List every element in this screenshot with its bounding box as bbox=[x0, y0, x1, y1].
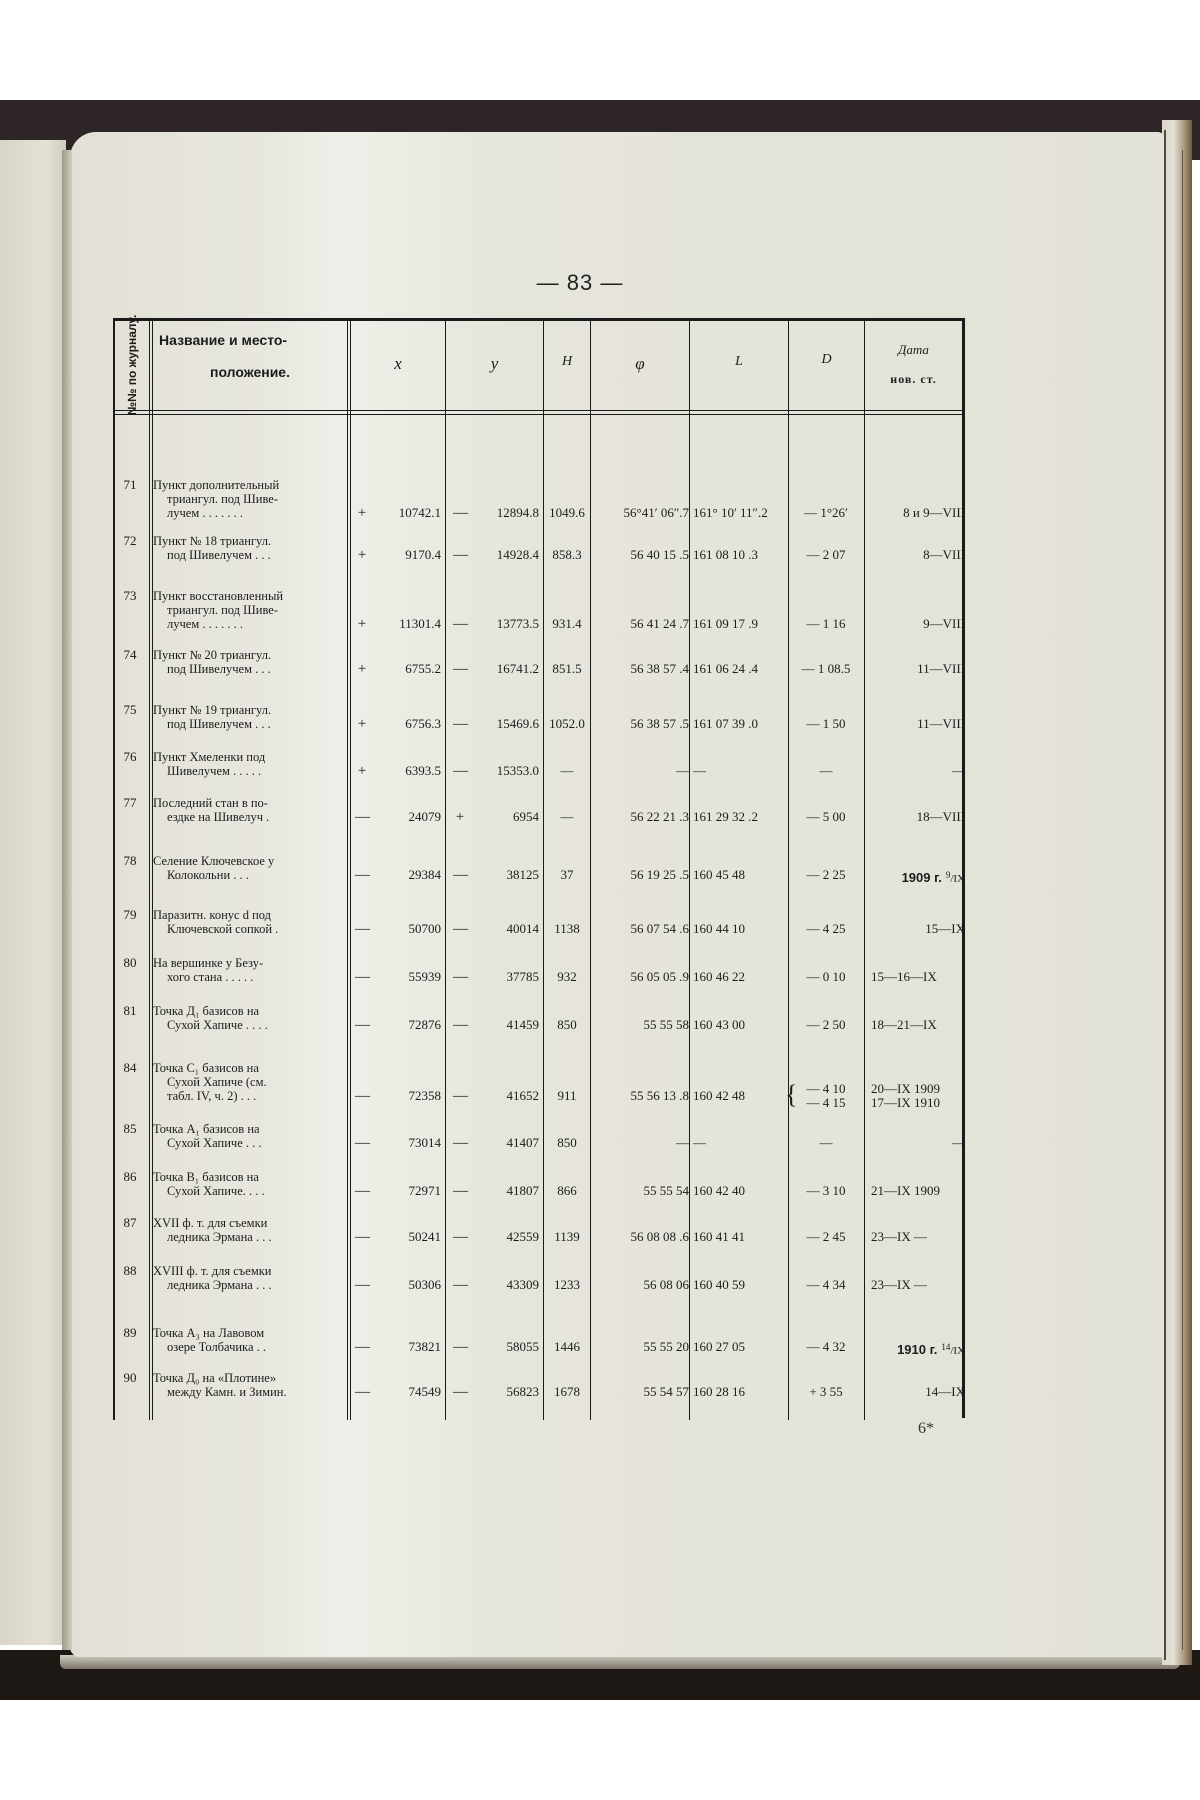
row-number: 80 bbox=[113, 956, 147, 970]
header-date-line2: нов. ст. bbox=[865, 372, 962, 387]
station-name-line: табл. IV, ч. 2) . . . bbox=[153, 1089, 348, 1103]
row-number: 89 bbox=[113, 1326, 147, 1340]
station-name-line: триангул. под Шиве- bbox=[153, 492, 348, 506]
station-name: XVIII ф. т. для съемкиледника Эрмана . .… bbox=[153, 1264, 348, 1292]
date-value: 23—IX — bbox=[867, 1278, 969, 1292]
col-rule bbox=[590, 318, 591, 1420]
y-value: 41407 bbox=[465, 1136, 539, 1150]
longitude-value: 161 29 32 .2 bbox=[691, 810, 789, 824]
longitude-value: 160 41 41 bbox=[691, 1230, 789, 1244]
station-name-line: ледника Эрмана . . . bbox=[153, 1278, 348, 1292]
station-name-line: хого стана . . . . . bbox=[153, 970, 348, 984]
day-superscript: 14 bbox=[941, 1342, 950, 1352]
height-value: 1678 bbox=[544, 1385, 590, 1399]
station-name: Пункт восстановленныйтриангул. под Шиве-… bbox=[153, 589, 348, 631]
declination-value: — 4 32 bbox=[789, 1340, 863, 1354]
x-sign: — bbox=[355, 868, 369, 882]
station-name-line: Точка А₃ на Лавовом bbox=[153, 1326, 348, 1340]
y-value: 38125 bbox=[465, 868, 539, 882]
station-name: Точка Д₀ на «Плотине»между Камн. и Зимин… bbox=[153, 1371, 348, 1399]
table-top-rule bbox=[113, 318, 965, 321]
header-D: D bbox=[789, 352, 864, 368]
station-name-line: XVII ф. т. для съемки bbox=[153, 1216, 348, 1230]
station-name-line: Точка С₁ базисов на bbox=[153, 1061, 348, 1075]
station-name-line: Точка Д₁ базисов на bbox=[153, 1004, 348, 1018]
x-sign: + bbox=[355, 548, 369, 562]
latitude-value: 55 55 54 bbox=[592, 1184, 689, 1198]
declination-value: — 1 50 bbox=[789, 717, 863, 731]
coordinates-table: №№ по журналу. Название и место- положен… bbox=[113, 318, 965, 1420]
declination-value: — 2 45 bbox=[789, 1230, 863, 1244]
x-sign: — bbox=[355, 1089, 369, 1103]
header-rule-1 bbox=[113, 410, 965, 411]
station-name: Точка А₁ базисов наСухой Хапиче . . . bbox=[153, 1122, 348, 1150]
x-value: 50306 bbox=[369, 1278, 441, 1292]
declination-value: — 2 07 bbox=[789, 548, 863, 562]
station-name-line: На вершинке у Безу- bbox=[153, 956, 348, 970]
row-number: 85 bbox=[113, 1122, 147, 1136]
y-value: 58055 bbox=[465, 1340, 539, 1354]
x-sign: — bbox=[355, 1385, 369, 1399]
y-value: 41807 bbox=[465, 1184, 539, 1198]
date-value: — bbox=[867, 764, 975, 778]
station-name-line: под Шивелучем . . . bbox=[153, 717, 348, 731]
date-value: 11—VIII bbox=[867, 717, 975, 731]
station-name-line: Последний стан в по- bbox=[153, 796, 348, 810]
station-name-line: Паразитн. конус d под bbox=[153, 908, 348, 922]
y-value: 15353.0 bbox=[465, 764, 539, 778]
longitude-value: 160 40 59 bbox=[691, 1278, 789, 1292]
longitude-value: 160 46 22 bbox=[691, 970, 789, 984]
station-name: Точка В₁ базисов наСухой Хапиче. . . . bbox=[153, 1170, 348, 1198]
station-name-line: Пункт дополнительный bbox=[153, 478, 348, 492]
header-journal-no: №№ по журналу. bbox=[115, 318, 149, 412]
y-value: 12894.8 bbox=[465, 506, 539, 520]
date-value: 1909 г.9/IX bbox=[867, 868, 965, 886]
declination-value: — 2 50 bbox=[789, 1018, 863, 1032]
latitude-value: 55 55 58 bbox=[592, 1018, 689, 1032]
month-label: /IX bbox=[950, 873, 965, 885]
row-number: 78 bbox=[113, 854, 147, 868]
declination-value: — 4 25 bbox=[789, 922, 863, 936]
station-name-line: Пункт № 19 триангул. bbox=[153, 703, 348, 717]
latitude-value: 56 38 57 .5 bbox=[592, 717, 689, 731]
header-name-line2: положение. bbox=[153, 364, 347, 380]
station-name-line: лучем . . . . . . . bbox=[153, 617, 348, 631]
date-value: 8—VIII bbox=[867, 548, 975, 562]
height-value: 911 bbox=[544, 1089, 590, 1103]
x-value: 11301.4 bbox=[369, 617, 441, 631]
station-name-line: Точка А₁ базисов на bbox=[153, 1122, 348, 1136]
date-value-2: 17—IX 1910 bbox=[867, 1096, 969, 1110]
x-value: 6755.2 bbox=[369, 662, 441, 676]
longitude-value: 161 08 10 .3 bbox=[691, 548, 789, 562]
signature-mark: 6* bbox=[918, 1420, 934, 1438]
station-name: XVII ф. т. для съемкиледника Эрмана . . … bbox=[153, 1216, 348, 1244]
x-value: 50700 bbox=[369, 922, 441, 936]
header-rule-2 bbox=[113, 414, 965, 415]
x-value: 72876 bbox=[369, 1018, 441, 1032]
station-name-line: Пункт восстановленный bbox=[153, 589, 348, 603]
header-x: x bbox=[351, 354, 445, 374]
height-value: — bbox=[544, 810, 590, 824]
declination-value: + 3 55 bbox=[789, 1385, 863, 1399]
x-sign: + bbox=[355, 617, 369, 631]
station-name-line: Селение Ключевское у bbox=[153, 854, 348, 868]
page-stack-edge bbox=[1162, 120, 1192, 1665]
header-phi: φ bbox=[591, 354, 689, 374]
declination-value: — 3 10 bbox=[789, 1184, 863, 1198]
latitude-value: 56 07 54 .6 bbox=[592, 922, 689, 936]
longitude-value: 161° 10′ 11″.2 bbox=[691, 506, 789, 520]
height-value: 850 bbox=[544, 1136, 590, 1150]
y-value: 13773.5 bbox=[465, 617, 539, 631]
row-number: 81 bbox=[113, 1004, 147, 1018]
date-value: 1910 г.14/IX bbox=[867, 1340, 965, 1358]
col-rule bbox=[350, 318, 351, 1420]
station-name-line: под Шивелучем . . . bbox=[153, 548, 348, 562]
x-sign: — bbox=[355, 970, 369, 984]
height-value: 1446 bbox=[544, 1340, 590, 1354]
station-name-line: Сухой Хапиче (см. bbox=[153, 1075, 348, 1089]
station-name-line: ледника Эрмана . . . bbox=[153, 1230, 348, 1244]
x-sign: — bbox=[355, 810, 369, 824]
header-y: y bbox=[446, 354, 543, 374]
longitude-value: 161 06 24 .4 bbox=[691, 662, 789, 676]
x-value: 74549 bbox=[369, 1385, 441, 1399]
row-number: 90 bbox=[113, 1371, 147, 1385]
x-sign: — bbox=[355, 1278, 369, 1292]
row-number: 72 bbox=[113, 534, 147, 548]
x-sign: — bbox=[355, 1230, 369, 1244]
height-value: 1233 bbox=[544, 1278, 590, 1292]
x-value: 55939 bbox=[369, 970, 441, 984]
latitude-value: 56 22 21 .3 bbox=[592, 810, 689, 824]
row-number: 74 bbox=[113, 648, 147, 662]
declination-value-2: — 4 15 bbox=[789, 1096, 863, 1110]
station-name: Пункт № 19 триангул.под Шивелучем . . . bbox=[153, 703, 348, 731]
date-value: 9—VIII bbox=[867, 617, 975, 631]
date-value: 11—VIII bbox=[867, 662, 975, 676]
latitude-value: 56 08 08 .6 bbox=[592, 1230, 689, 1244]
y-value: 15469.6 bbox=[465, 717, 539, 731]
declination-value: — 4 10 bbox=[789, 1082, 863, 1096]
height-value: 858.3 bbox=[544, 548, 590, 562]
height-value: — bbox=[544, 764, 590, 778]
x-sign: — bbox=[355, 1136, 369, 1150]
date-value: — bbox=[867, 1136, 975, 1150]
longitude-value: — bbox=[691, 764, 789, 778]
declination-value: — bbox=[789, 764, 863, 778]
declination-value: — 4 34 bbox=[789, 1278, 863, 1292]
x-value: 72971 bbox=[369, 1184, 441, 1198]
longitude-value: 160 28 16 bbox=[691, 1385, 789, 1399]
station-name-line: под Шивелучем . . . bbox=[153, 662, 348, 676]
facing-left-page bbox=[0, 140, 66, 1645]
x-value: 24079 bbox=[369, 810, 441, 824]
height-value: 932 bbox=[544, 970, 590, 984]
page-number: — 83 — bbox=[470, 270, 690, 296]
station-name: Точка С₁ базисов наСухой Хапиче (см.табл… bbox=[153, 1061, 348, 1103]
height-value: 850 bbox=[544, 1018, 590, 1032]
height-value: 1139 bbox=[544, 1230, 590, 1244]
station-name-line: Пункт № 18 триангул. bbox=[153, 534, 348, 548]
y-value: 16741.2 bbox=[465, 662, 539, 676]
latitude-value: 55 55 20 bbox=[592, 1340, 689, 1354]
x-sign: — bbox=[355, 1184, 369, 1198]
spine-shadow bbox=[62, 150, 72, 1650]
x-sign: — bbox=[355, 922, 369, 936]
latitude-value: 56 19 25 .5 bbox=[592, 868, 689, 882]
station-name-line: Точка Д₀ на «Плотине» bbox=[153, 1371, 348, 1385]
latitude-value: 55 54 57 bbox=[592, 1385, 689, 1399]
declination-value: — 1 16 bbox=[789, 617, 863, 631]
station-name: Точка А₃ на Лавовомозере Толбачика . . bbox=[153, 1326, 348, 1354]
y-value: 41459 bbox=[465, 1018, 539, 1032]
latitude-value: 56 38 57 .4 bbox=[592, 662, 689, 676]
station-name-line: XVIII ф. т. для съемки bbox=[153, 1264, 348, 1278]
station-name-line: Колокольни . . . bbox=[153, 868, 348, 882]
declination-value: — 1°26′ bbox=[789, 506, 863, 520]
date-value: 20—IX 1909 bbox=[867, 1082, 969, 1096]
station-name-line: Точка В₁ базисов на bbox=[153, 1170, 348, 1184]
y-value: 6954 bbox=[465, 810, 539, 824]
latitude-value: 56 40 15 .5 bbox=[592, 548, 689, 562]
y-value: 37785 bbox=[465, 970, 539, 984]
year-label: 1909 г. bbox=[902, 870, 942, 885]
station-name-line: озере Толбачика . . bbox=[153, 1340, 348, 1354]
latitude-value: — bbox=[592, 1136, 689, 1150]
y-value: 56823 bbox=[465, 1385, 539, 1399]
station-name-line: триангул. под Шиве- bbox=[153, 603, 348, 617]
latitude-value: 56°41′ 06″.7 bbox=[592, 506, 689, 520]
longitude-value: — bbox=[691, 1136, 789, 1150]
x-value: 6393.5 bbox=[369, 764, 441, 778]
station-name: Селение Ключевское уКолокольни . . . bbox=[153, 854, 348, 882]
y-value: 14928.4 bbox=[465, 548, 539, 562]
longitude-value: 160 43 00 bbox=[691, 1018, 789, 1032]
station-name-line: Сухой Хапиче . . . bbox=[153, 1136, 348, 1150]
station-name: Пункт дополнительныйтриангул. под Шиве-л… bbox=[153, 478, 348, 520]
row-number: 79 bbox=[113, 908, 147, 922]
x-value: 50241 bbox=[369, 1230, 441, 1244]
date-value: 8 и 9—VIII bbox=[867, 506, 975, 520]
y-value: 40014 bbox=[465, 922, 539, 936]
date-value: 23—IX — bbox=[867, 1230, 969, 1244]
date-value: 15—IX bbox=[867, 922, 975, 936]
station-name: Точка Д₁ базисов наСухой Хапиче . . . . bbox=[153, 1004, 348, 1032]
x-value: 72358 bbox=[369, 1089, 441, 1103]
height-value: 851.5 bbox=[544, 662, 590, 676]
declination-value: — 0 10 bbox=[789, 970, 863, 984]
station-name: Пункт Хмеленки подШивелучем . . . . . bbox=[153, 750, 348, 778]
station-name-line: Сухой Хапиче. . . . bbox=[153, 1184, 348, 1198]
latitude-value: 56 05 05 .9 bbox=[592, 970, 689, 984]
header-name-line1: Название и место- bbox=[153, 332, 349, 348]
row-number: 71 bbox=[113, 478, 147, 492]
latitude-value: — bbox=[592, 764, 689, 778]
row-number: 77 bbox=[113, 796, 147, 810]
latitude-value: 55 56 13 .8 bbox=[592, 1089, 689, 1103]
x-sign: — bbox=[355, 1340, 369, 1354]
month-label: /IX bbox=[950, 1345, 965, 1357]
x-value: 73014 bbox=[369, 1136, 441, 1150]
year-label: 1910 г. bbox=[897, 1342, 937, 1357]
row-number: 73 bbox=[113, 589, 147, 603]
y-value: 41652 bbox=[465, 1089, 539, 1103]
x-value: 29384 bbox=[369, 868, 441, 882]
station-name-line: Пункт Хмеленки под bbox=[153, 750, 348, 764]
longitude-value: 160 44 10 bbox=[691, 922, 789, 936]
page-bottom-edges bbox=[60, 1655, 1180, 1669]
y-value: 43309 bbox=[465, 1278, 539, 1292]
header-H: H bbox=[544, 354, 590, 370]
x-value: 10742.1 bbox=[369, 506, 441, 520]
longitude-value: 160 27 05 bbox=[691, 1340, 789, 1354]
date-value: 21—IX 1909 bbox=[867, 1184, 969, 1198]
row-number: 76 bbox=[113, 750, 147, 764]
declination-value: — 2 25 bbox=[789, 868, 863, 882]
x-sign: + bbox=[355, 764, 369, 778]
latitude-value: 56 41 24 .7 bbox=[592, 617, 689, 631]
date-value: 15—16—IX bbox=[867, 970, 969, 984]
row-number: 86 bbox=[113, 1170, 147, 1184]
row-number: 88 bbox=[113, 1264, 147, 1278]
station-name-line: ездке на Шивелуч . bbox=[153, 810, 348, 824]
x-sign: — bbox=[355, 1018, 369, 1032]
station-name-line: между Камн. и Зимин. bbox=[153, 1385, 348, 1399]
header-date-line1: Дата bbox=[865, 342, 962, 358]
longitude-value: 160 42 40 bbox=[691, 1184, 789, 1198]
height-value: 1052.0 bbox=[544, 717, 590, 731]
station-name-line: Пункт № 20 триангул. bbox=[153, 648, 348, 662]
x-value: 9170.4 bbox=[369, 548, 441, 562]
x-sign: + bbox=[355, 662, 369, 676]
date-value: 18—VIII bbox=[867, 810, 975, 824]
declination-value: — bbox=[789, 1136, 863, 1150]
station-name-line: Шивелучем . . . . . bbox=[153, 764, 348, 778]
x-value: 73821 bbox=[369, 1340, 441, 1354]
station-name: Пункт № 18 триангул.под Шивелучем . . . bbox=[153, 534, 348, 562]
station-name: Пункт № 20 триангул.под Шивелучем . . . bbox=[153, 648, 348, 676]
latitude-value: 56 08 06 bbox=[592, 1278, 689, 1292]
height-value: 37 bbox=[544, 868, 590, 882]
longitude-value: 160 42 48 bbox=[691, 1089, 789, 1103]
date-value: 14—IX bbox=[867, 1385, 975, 1399]
col-rule bbox=[149, 318, 150, 1420]
height-value: 866 bbox=[544, 1184, 590, 1198]
col-rule bbox=[689, 318, 690, 1420]
longitude-value: 161 09 17 .9 bbox=[691, 617, 789, 631]
station-name: Паразитн. конус d подКлючевской сопкой . bbox=[153, 908, 348, 936]
row-number: 87 bbox=[113, 1216, 147, 1230]
station-name-line: Сухой Хапиче . . . . bbox=[153, 1018, 348, 1032]
station-name: На вершинке у Безу-хого стана . . . . . bbox=[153, 956, 348, 984]
brace-icon: { bbox=[785, 1081, 793, 1109]
station-name-line: лучем . . . . . . . bbox=[153, 506, 348, 520]
col-rule bbox=[445, 318, 446, 1420]
station-name: Последний стан в по-ездке на Шивелуч . bbox=[153, 796, 348, 824]
row-number: 84 bbox=[113, 1061, 147, 1075]
x-sign: + bbox=[355, 506, 369, 520]
station-name-line: Ключевской сопкой . bbox=[153, 922, 348, 936]
x-value: 6756.3 bbox=[369, 717, 441, 731]
y-value: 42559 bbox=[465, 1230, 539, 1244]
height-value: 1049.6 bbox=[544, 506, 590, 520]
date-value: 18—21—IX bbox=[867, 1018, 969, 1032]
header-L: L bbox=[690, 354, 788, 370]
declination-value: — 1 08.5 bbox=[789, 662, 863, 676]
row-number: 75 bbox=[113, 703, 147, 717]
x-sign: + bbox=[355, 717, 369, 731]
longitude-value: 161 07 39 .0 bbox=[691, 717, 789, 731]
col-rule bbox=[864, 318, 865, 1420]
longitude-value: 160 45 48 bbox=[691, 868, 789, 882]
declination-value: — 5 00 bbox=[789, 810, 863, 824]
height-value: 1138 bbox=[544, 922, 590, 936]
height-value: 931.4 bbox=[544, 617, 590, 631]
